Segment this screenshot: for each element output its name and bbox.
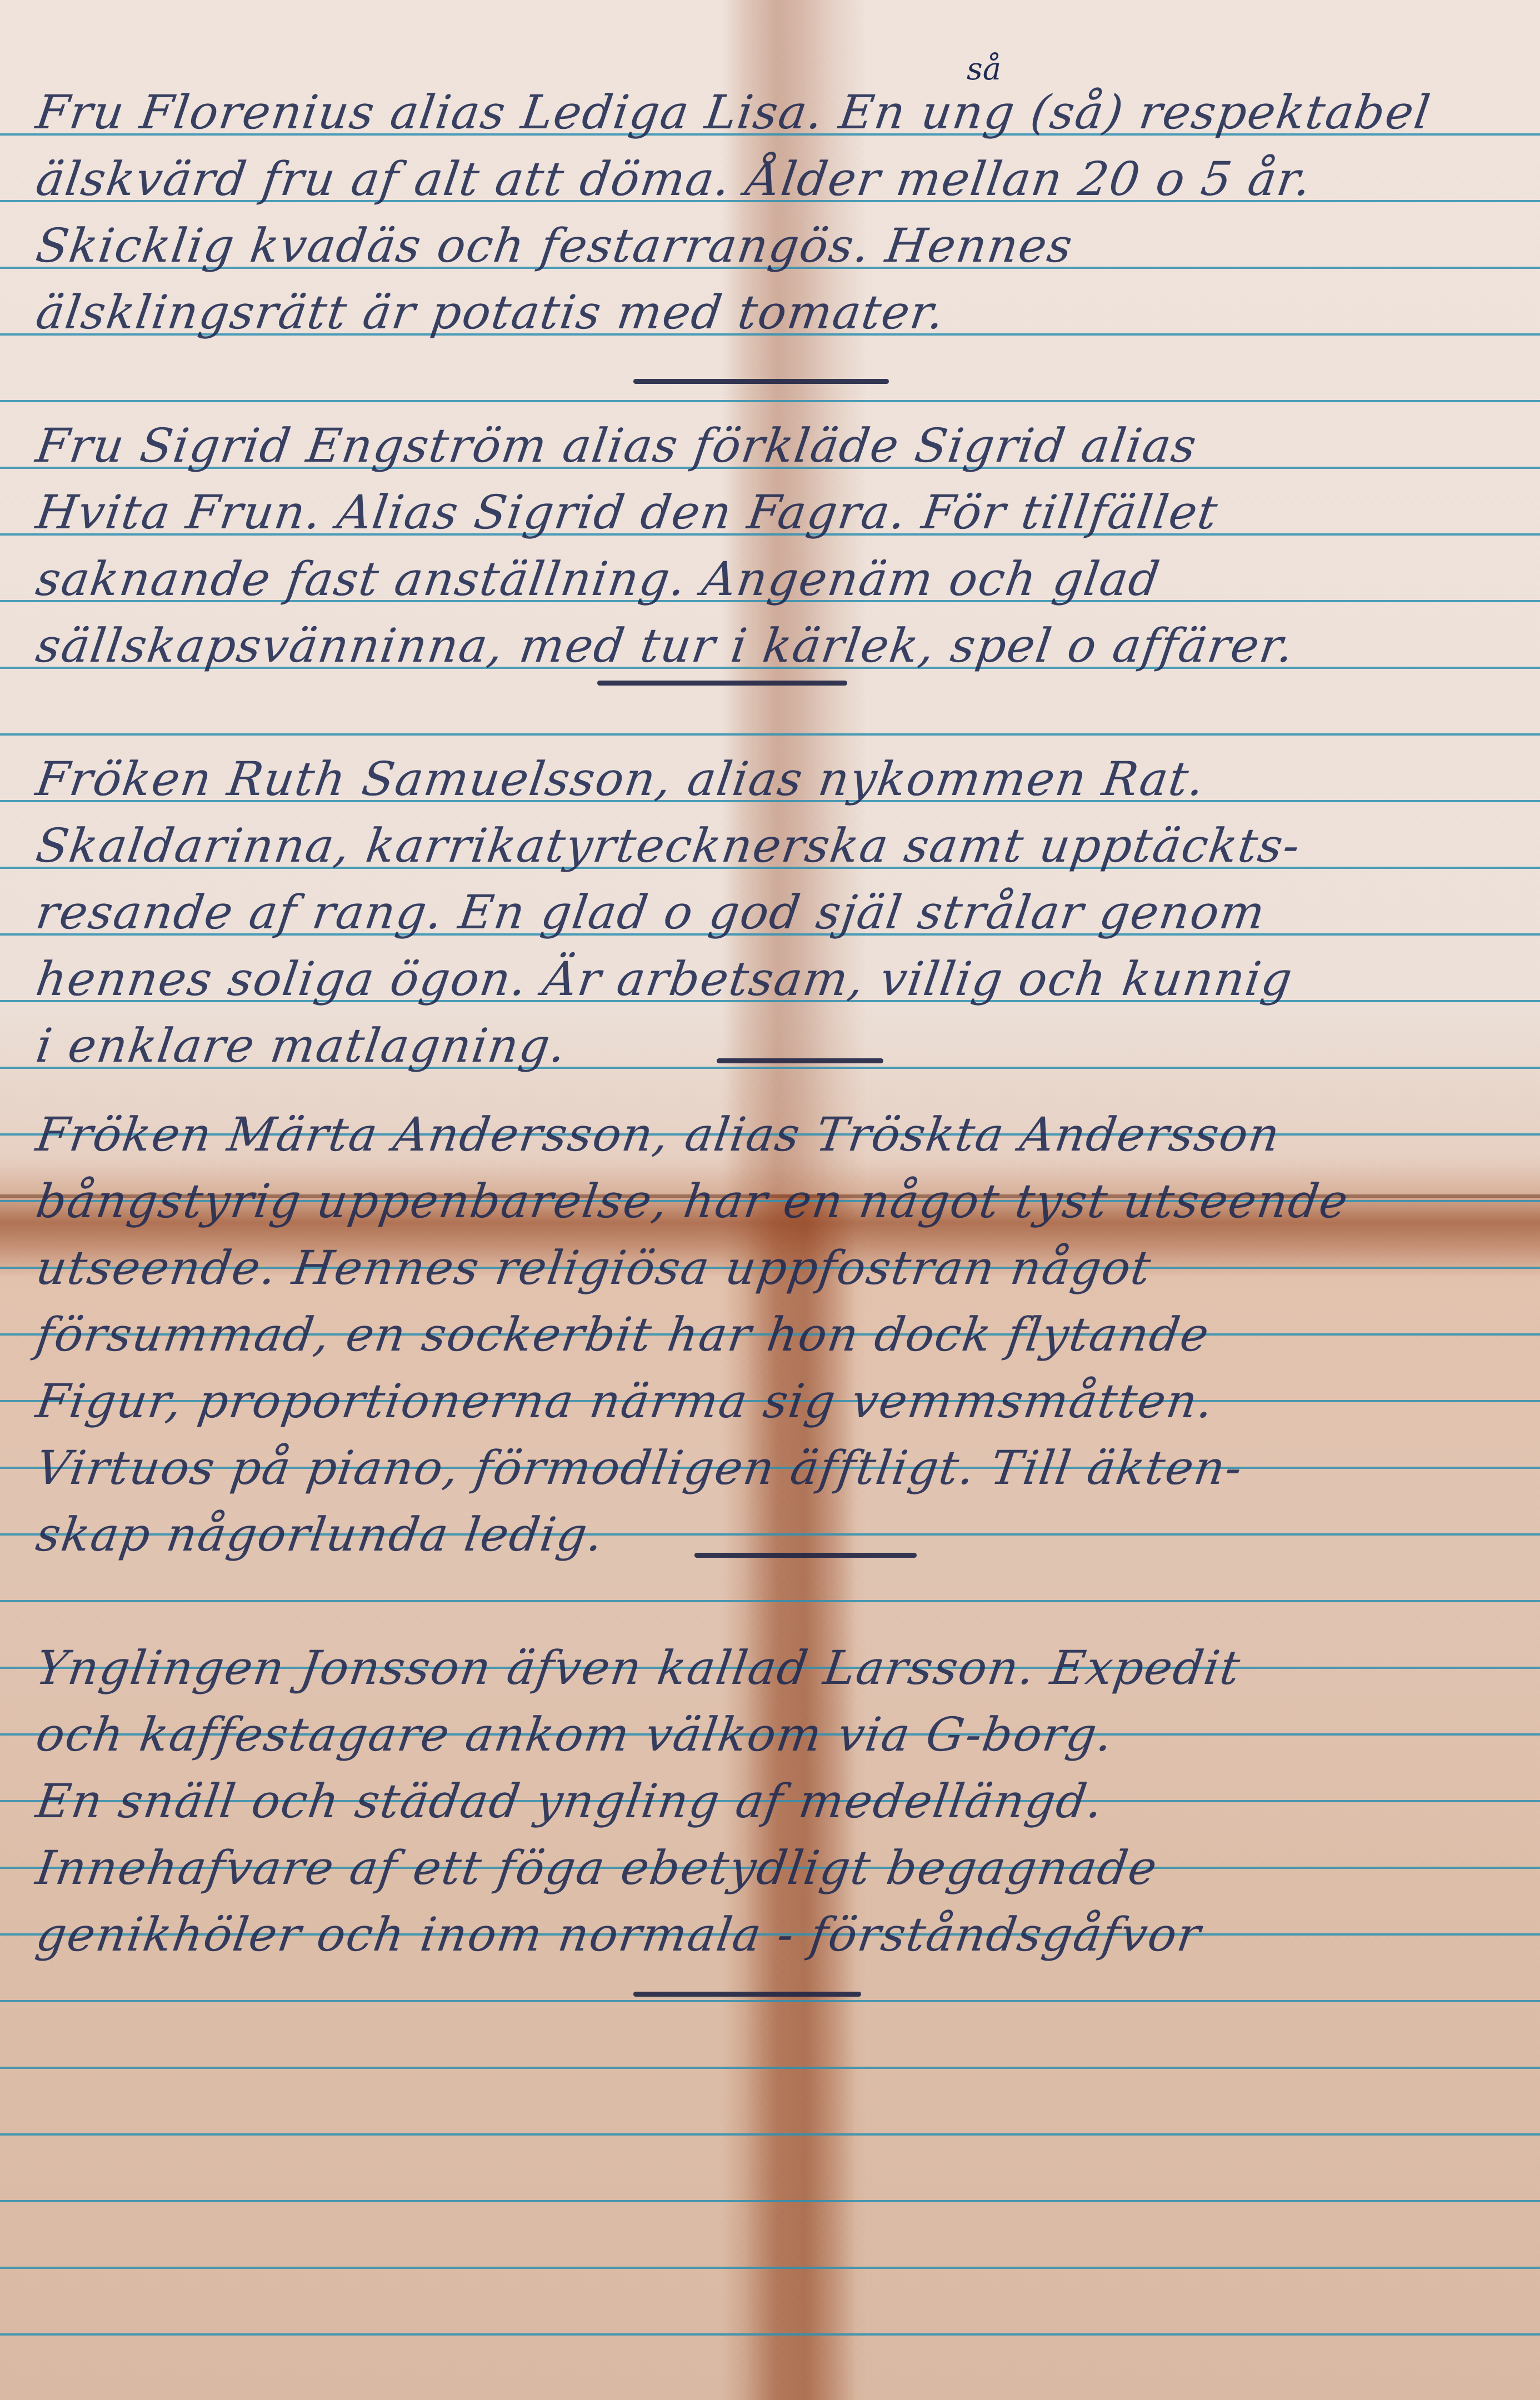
text-line: Hvita Frun. Alias Sigrid den Fagra. För … <box>33 489 1540 536</box>
text-line: Fröken Märta Andersson, alias Tröskta An… <box>33 1111 1540 1158</box>
text-line: Ynglingen Jonsson äfven kallad Larsson. … <box>33 1644 1540 1691</box>
handwritten-text: så Fru Florenius alias Lediga Lisa. En u… <box>0 0 1540 2400</box>
text-line: och kaffestagare ankom välkom via G-borg… <box>33 1711 1540 1758</box>
text-line: Skicklig kvadäs och festarrangös. Hennes <box>33 222 1540 269</box>
text-line: hennes soliga ögon. Är arbetsam, villig … <box>33 956 1540 1002</box>
section-separator <box>633 1992 861 1997</box>
text-line: Virtuos på piano, förmodligen äfftligt. … <box>33 1444 1540 1491</box>
text-line: älskvärd fru af alt att döma. Ålder mell… <box>33 156 1540 202</box>
text-line: Fru Sigrid Engström alias förkläde Sigri… <box>33 422 1540 469</box>
letter-page: så Fru Florenius alias Lediga Lisa. En u… <box>0 0 1540 2400</box>
text-line: bångstyrig uppenbarelse, har en något ty… <box>33 1178 1540 1224</box>
text-line: försummad, en sockerbit har hon dock fly… <box>33 1311 1540 1358</box>
text-line: älsklingsrätt är potatis med tomater. <box>33 289 1540 336</box>
section-separator <box>717 1058 883 1063</box>
insertion-mark: så <box>967 51 1001 87</box>
text-line: skap någorlunda ledig. <box>33 1511 1540 1558</box>
text-line: sällskapsvänninna, med tur i kärlek, spe… <box>33 622 1540 669</box>
text-line: Skaldarinna, karrikatyrtecknerska samt u… <box>33 822 1540 869</box>
section-separator <box>694 1553 917 1558</box>
text-line: utseende. Hennes religiösa uppfostran nå… <box>33 1244 1540 1291</box>
text-line: resande af rang. En glad o god själ strå… <box>33 889 1540 936</box>
text-line: genikhöler och inom normala - förståndsg… <box>33 1911 1540 1958</box>
text-line: Figur, proportionerna närma sig vemmsmåt… <box>33 1378 1540 1424</box>
text-line: Fru Florenius alias Lediga Lisa. En ung … <box>33 89 1540 136</box>
text-line: saknande fast anställning. Angenäm och g… <box>33 556 1540 602</box>
section-separator <box>633 379 889 384</box>
text-line: En snäll och städad yngling af medelläng… <box>33 1778 1540 1824</box>
section-separator <box>597 681 847 686</box>
text-line: Fröken Ruth Samuelsson, alias nykommen R… <box>33 756 1540 802</box>
text-line: Innehafvare af ett föga ebetydligt begag… <box>33 1844 1540 1891</box>
